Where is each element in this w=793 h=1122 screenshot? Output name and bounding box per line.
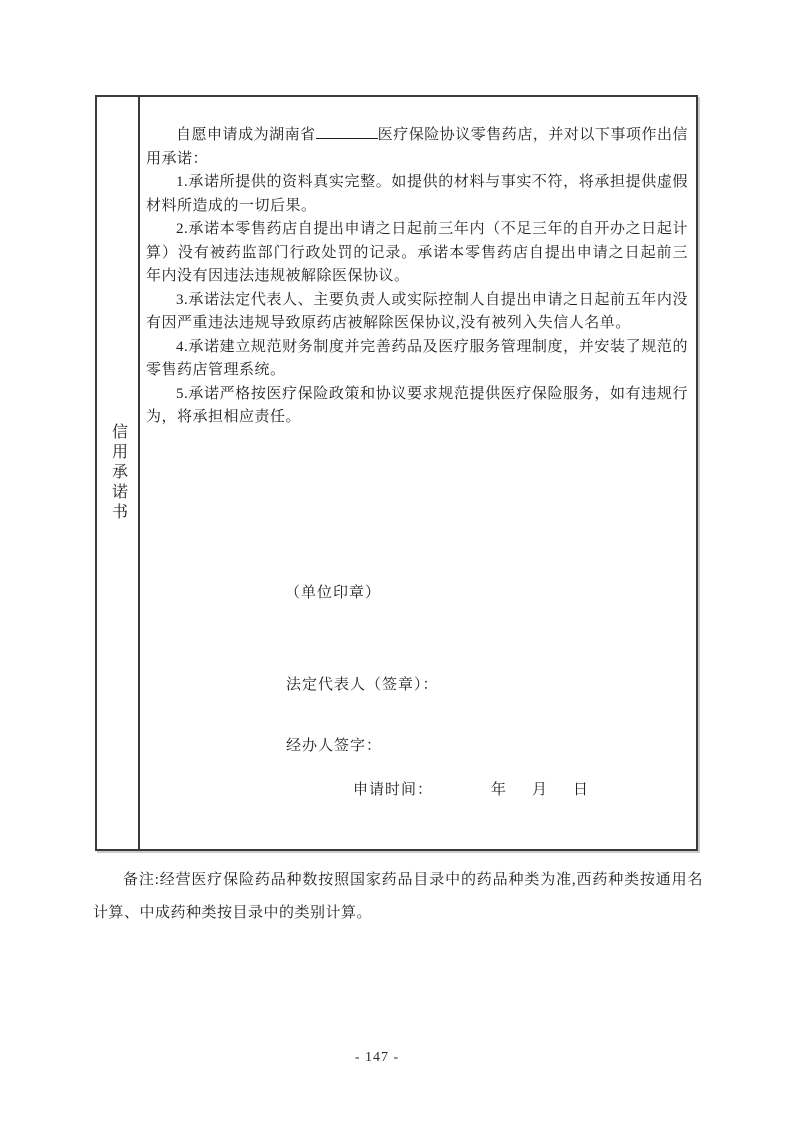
row-header-cell: 信用承诺书 [97,97,140,849]
commitment-table: 信用承诺书 自愿申请成为湖南省医疗保险协议零售药店，并对以下事项作出信用承诺： … [95,95,698,851]
commitment-paragraph-3: 3.承诺法定代表人、主要负责人或实际控制人自提出申请之日起前五年内没有因严重违法… [146,289,688,336]
legal-representative-signature-label: 法定代表人（签章）： [286,677,439,694]
page-number: - 147 - [355,1050,399,1066]
commitment-paragraph-4: 4.承诺建立规范财务制度并完善药品及医疗服务管理制度，并安装了规范的零售药店管理… [146,336,688,383]
fill-in-blank [316,125,378,139]
intro-prefix: 自愿申请成为湖南省 [176,127,316,143]
handler-signature-label: 经办人签字： [286,738,382,755]
application-date-label: 申请时间： [353,782,433,798]
application-date-line: 申请时间：年月日 [353,782,589,799]
commitment-paragraph-2: 2.承诺本零售药店自提出申请之日起前三年内（不足三年的自开办之日起计算）没有被药… [146,218,688,289]
month-label: 月 [532,782,548,798]
commitment-paragraph-1: 1.承诺所提供的资料真实完整。如提供的材料与事实不符，将承担提供虚假材料所造成的… [146,171,688,218]
footnote: 备注:经营医疗保险药品种数按照国家药品目录中的药品种类为准,西药种类按通用名计算… [93,864,703,930]
commitment-paragraph-5: 5.承诺严格按医疗保险政策和协议要求规范提供医疗保险服务，如有违规行为，将承担相… [146,383,688,430]
document-page: 信用承诺书 自愿申请成为湖南省医疗保险协议零售药店，并对以下事项作出信用承诺： … [0,0,793,1122]
row-header-label: 信用承诺书 [110,423,126,523]
table-body-cell: 自愿申请成为湖南省医疗保险协议零售药店，并对以下事项作出信用承诺： 1.承诺所提… [140,97,696,849]
day-label: 日 [573,782,589,798]
year-label: 年 [491,782,507,798]
intro-paragraph: 自愿申请成为湖南省医疗保险协议零售药店，并对以下事项作出信用承诺： [146,124,688,171]
unit-seal-hint: （单位印章） [285,585,381,602]
